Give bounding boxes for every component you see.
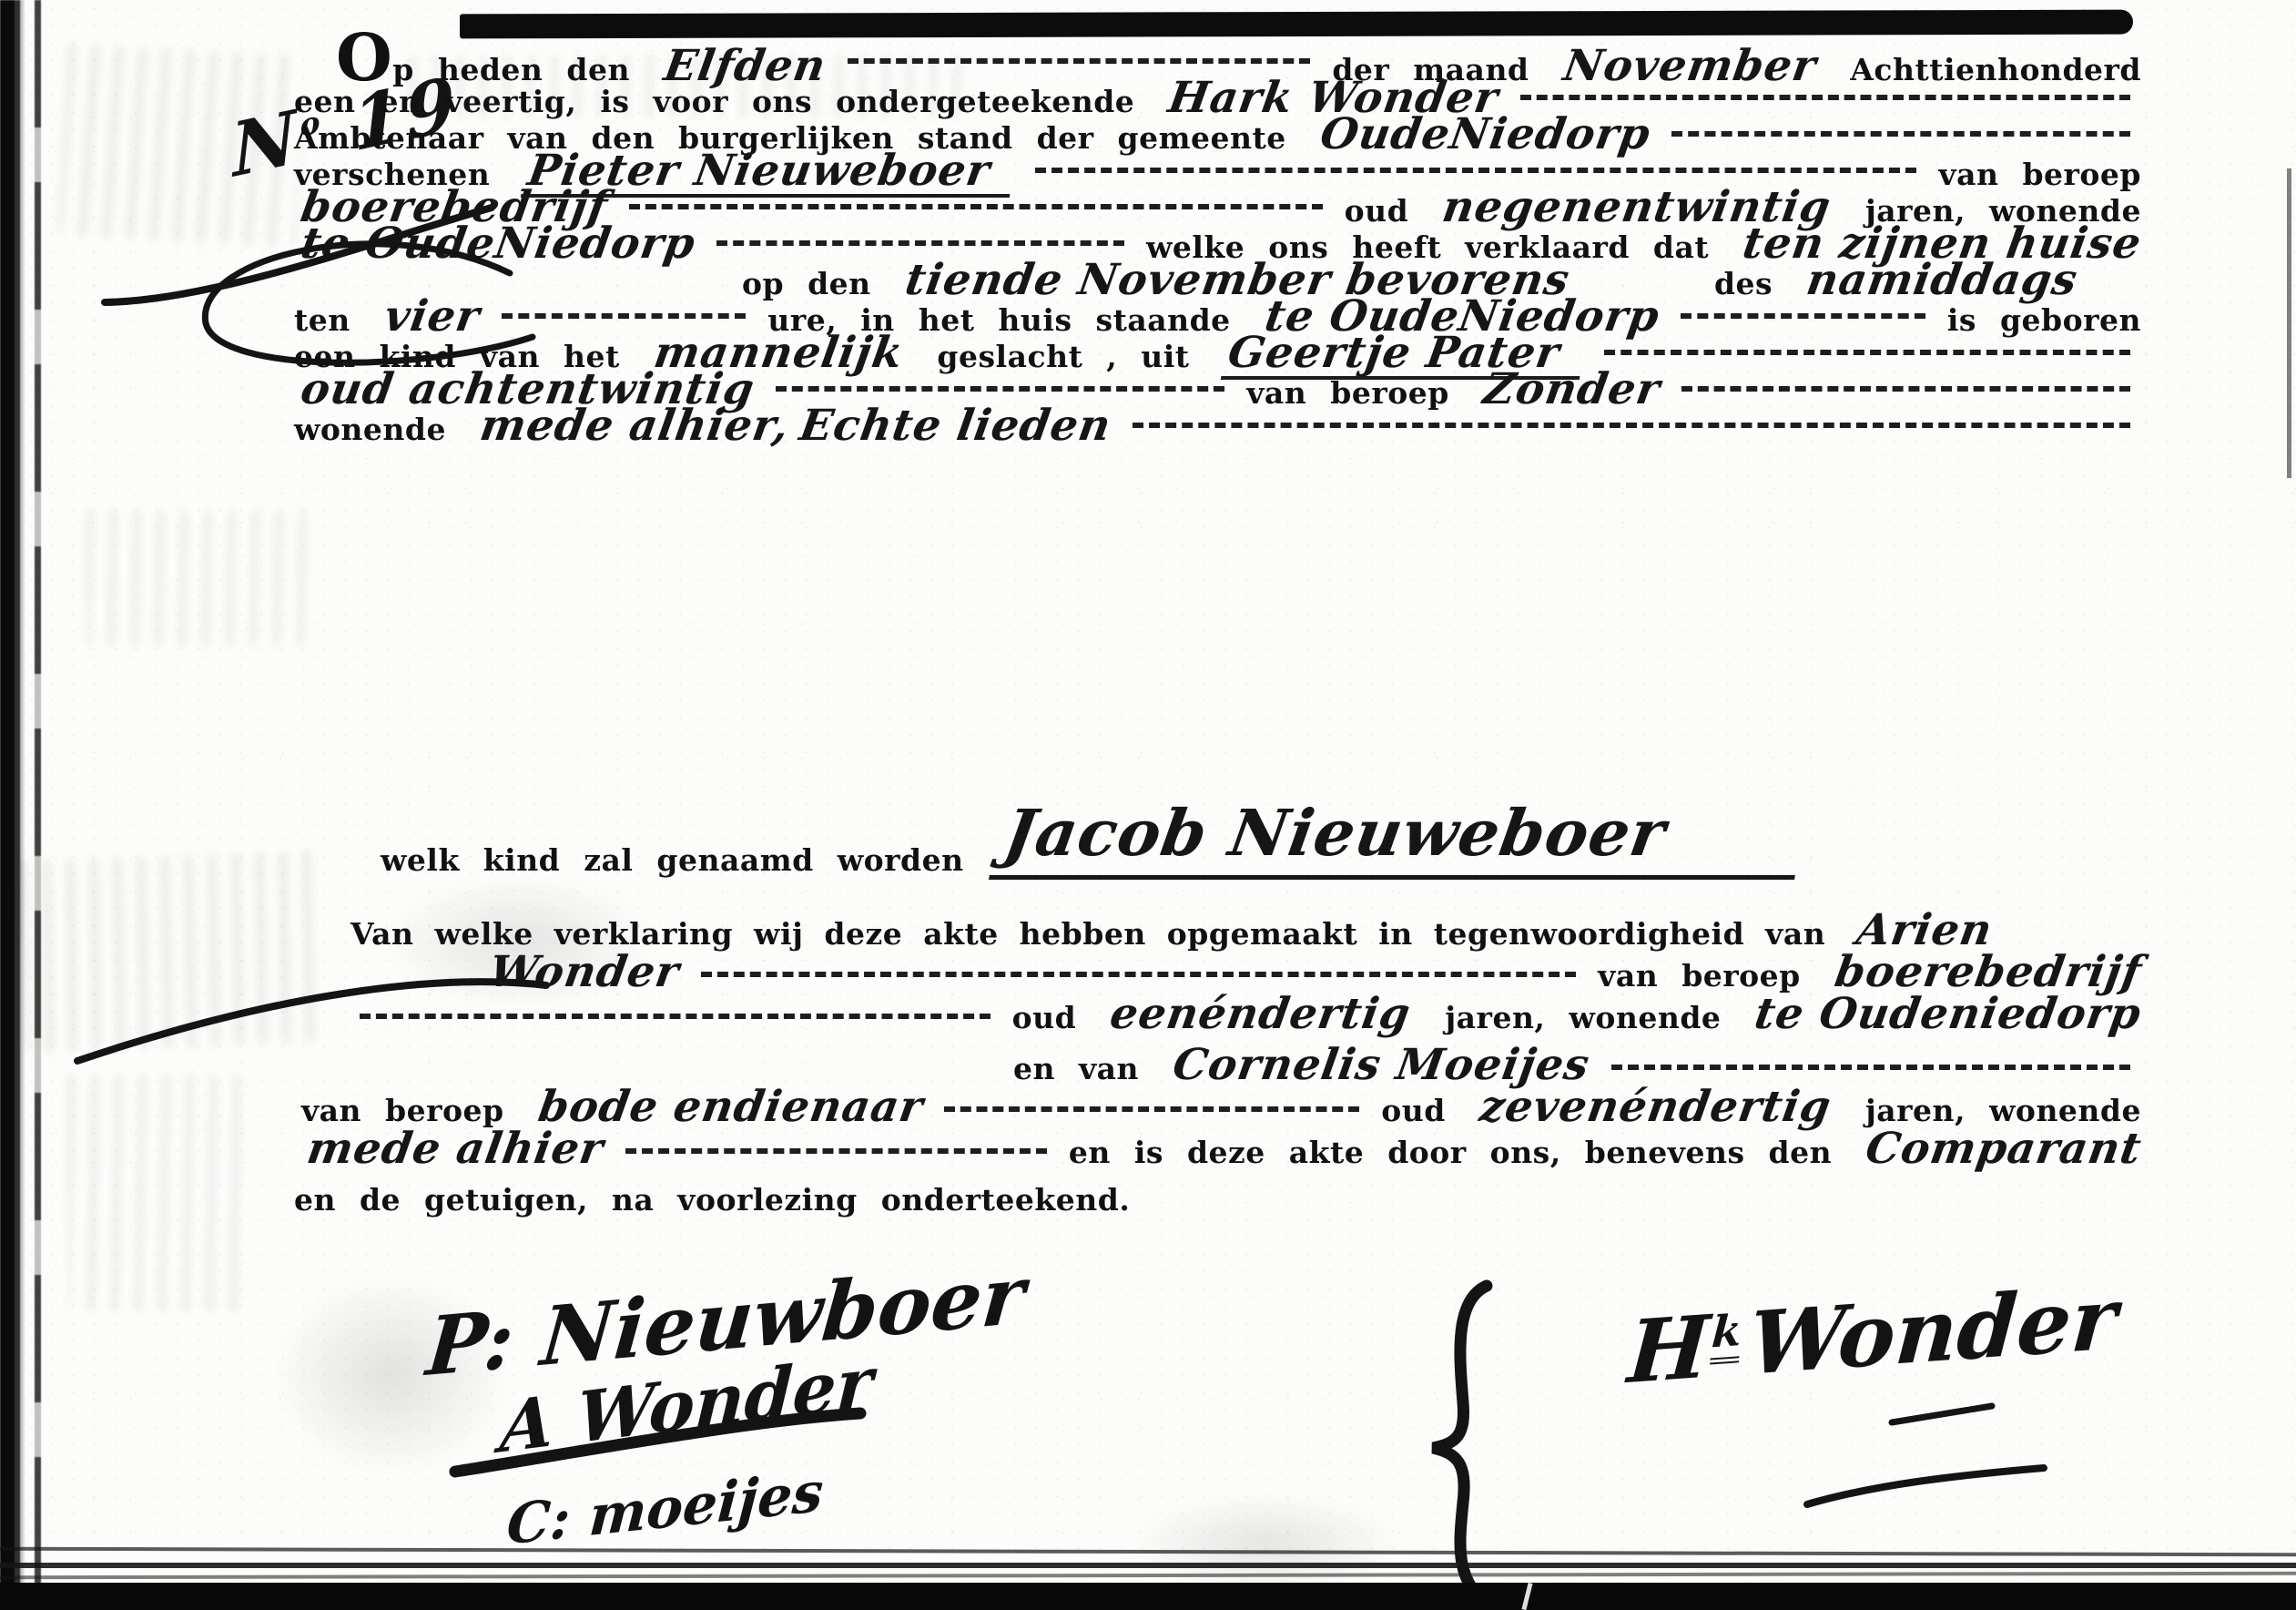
act-lines: Op heden den Elfdender maand November Ac… — [294, 40, 2141, 1224]
handwritten-text: Elfden — [661, 45, 828, 87]
act-number-prefix: N — [229, 93, 303, 194]
top-rule-bar — [460, 10, 2133, 39]
handwritten-text: Comparant — [1863, 1127, 2144, 1170]
printed-text: en de getuigen, na voorlezing onderteeke… — [294, 1182, 1130, 1218]
act-line-5: boerebedrijfoud negenentwintig jaren, wo… — [294, 186, 2141, 222]
registrar-dash — [1807, 1468, 2044, 1504]
handwritten-text: Wonder — [486, 951, 682, 994]
scan-scratch — [0, 1547, 2296, 1557]
signature-witness-moeijes: C: moeijes — [504, 1460, 825, 1557]
handwritten-text: mede alhier — [304, 1127, 606, 1170]
dash-filler — [765, 368, 1235, 404]
binding-edge — [0, 0, 25, 1610]
printed-text: van beroep — [1938, 157, 2141, 192]
dash-filler — [690, 953, 1587, 990]
dash-filler — [1670, 295, 1936, 331]
act-line-16: en van Cornelis Moeijes — [294, 1044, 2141, 1085]
act-line-4: verschenen Pieter Nieuweboervan beroep — [294, 149, 2141, 186]
scan-nick — [1521, 1583, 1532, 1610]
signature-registrar: HkWonder — [1625, 1269, 2120, 1403]
act-line-14: Wondervan beroep boerebedrijf — [294, 951, 2141, 993]
bottom-scan-bar — [0, 1583, 2296, 1610]
dash-filler — [618, 186, 1333, 222]
handwritten-text: mede alhier, — [477, 404, 792, 447]
act-line-15: oud eenéndertig jaren, wonende te Oudeni… — [294, 993, 2141, 1034]
printed-text: oud — [1345, 193, 1433, 229]
scan-edge-line — [2287, 168, 2291, 478]
printed-text: ten — [294, 302, 374, 338]
act-line-13: Van welke verklaring wij deze akte hebbe… — [294, 909, 2141, 951]
signature-brace — [1433, 1286, 1494, 1608]
handwritten-text: Echte lieden — [797, 404, 1114, 447]
dash-filler — [1661, 113, 2141, 149]
printed-text: oud — [1012, 1000, 1101, 1035]
handwritten-text: te OudeNiedorp — [298, 222, 698, 265]
dash-filler — [706, 222, 1135, 259]
binding-edge-line — [35, 0, 41, 1610]
act-line-19: en de getuigen, na voorlezing onderteeke… — [294, 1182, 2141, 1224]
handwritten-text: Jacob Nieuweboer — [992, 801, 1806, 878]
printed-text: welk kind zal genaamd worden — [381, 842, 988, 878]
registrar-superscript: k — [1710, 1305, 1743, 1364]
scan-scratch — [0, 1572, 2296, 1579]
act-line-10: oud achtentwintigvan beroep Zonder — [294, 368, 2141, 404]
dash-filler — [1122, 404, 2141, 441]
handwritten-text: te Oudeniedorp — [1752, 993, 2145, 1035]
dash-filler — [615, 1130, 1058, 1167]
certificate-scan-page: No 19 Op heden den Elfdender maand Novem… — [0, 0, 2296, 1610]
dash-filler — [1024, 149, 1927, 186]
printed-text: oud — [1381, 1093, 1469, 1128]
act-line-18: mede alhieren is deze akte door ons, ben… — [294, 1127, 2141, 1169]
printed-text: Op heden den — [336, 40, 654, 87]
act-line-12: welk kind zal genaamd worden Jacob Nieuw… — [294, 761, 2141, 878]
handwritten-text: boerebedrijf — [1832, 951, 2145, 994]
dash-filler — [1593, 331, 2141, 368]
handwritten-text: zevenéndertig — [1477, 1085, 1834, 1128]
bleedthrough-smudge — [68, 1075, 250, 1311]
dash-filler — [1600, 1046, 2141, 1083]
dash-filler — [349, 995, 1001, 1032]
registrar-initial: H — [1625, 1297, 1712, 1403]
act-line-6: te OudeNiedorpwelke ons heeft verklaard … — [294, 222, 2141, 259]
handwritten-text: Cornelis Moeijes — [1170, 1044, 1592, 1086]
act-line-17: van beroep bode endienaaroud zevenéndert… — [294, 1085, 2141, 1127]
scan-scratch — [0, 1563, 2296, 1568]
printed-text: wonende — [294, 412, 470, 447]
act-line-11: wonende mede alhier,Echte lieden — [294, 404, 2141, 441]
dash-filler — [1509, 76, 2141, 113]
printed-text: jaren, wonende — [1421, 1000, 1744, 1035]
printed-text: en van — [1013, 1051, 1163, 1086]
dash-filler — [1671, 368, 2141, 404]
registrar-dash — [1892, 1406, 1992, 1422]
handwritten-text: bode endienaar — [535, 1085, 926, 1128]
handwritten-text: Arien — [1854, 909, 1996, 952]
stain — [1129, 1493, 1402, 1594]
dash-filler — [837, 40, 1322, 76]
printed-text: op den — [742, 266, 895, 301]
act-line-1: Op heden den Elfdender maand November Ac… — [294, 40, 2141, 76]
dash-filler — [933, 1088, 1370, 1125]
dash-filler — [491, 295, 757, 331]
handwritten-text: vier — [381, 295, 483, 338]
registrar-surname: Wonder — [1746, 1269, 2120, 1395]
handwritten-text: eenéndertig — [1108, 993, 1414, 1035]
bleedthrough-smudge — [19, 851, 326, 1052]
printed-text: en is deze akte door ons, benevens den — [1069, 1135, 1855, 1170]
bleedthrough-smudge — [86, 510, 305, 647]
